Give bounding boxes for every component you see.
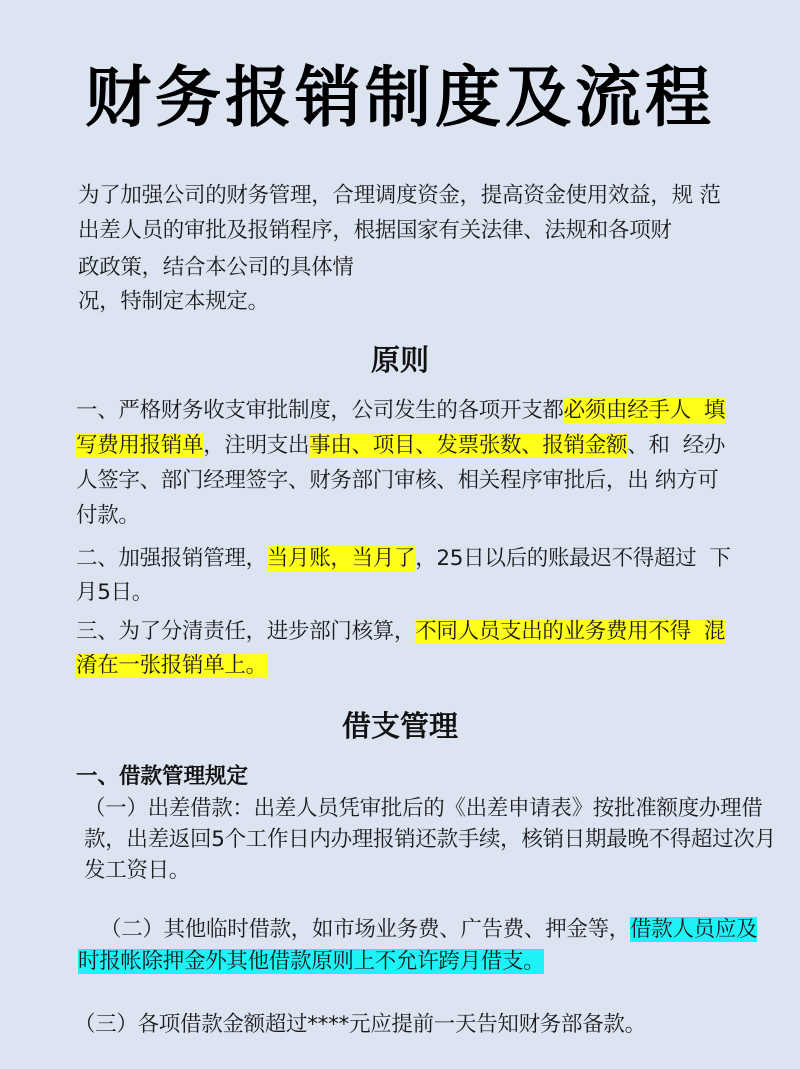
highlighted-text: 当月账，当月了 — [267, 546, 415, 571]
paragraph-line: （二）其他临时借款，如市场业务费、广告费、押金等，借款人员应及 — [100, 915, 757, 945]
intro-line: 为了加强公司的财务管理，合理调度资金，提高资金使用效益，规 范 — [78, 181, 721, 211]
text-segment: 一、严格财务收支审批制度，公司发生的各项开支都 — [76, 398, 564, 423]
text-segment: 二、加强报销管理， — [76, 546, 267, 571]
section-heading-principles: 原则 — [0, 342, 800, 378]
paragraph-line: 月5日。 — [76, 578, 153, 608]
intro-line: 政政策，结合本公司的具体情 — [78, 253, 354, 283]
highlighted-text: 借款人员应及 — [630, 917, 757, 942]
highlighted-text: 时报帐除押金外其他借款原则上不允许跨月借支。 — [78, 949, 544, 974]
highlighted-text: 淆在一张报销单上。 — [76, 653, 267, 678]
highlighted-text: 事由、项目、发票张数、报销金额 — [309, 433, 627, 458]
paragraph-line: 一、严格财务收支审批制度，公司发生的各项开支都必须由经手人 填 — [76, 396, 725, 426]
text-segment: 三、为了分清责任，进步部门核算， — [76, 619, 415, 644]
intro-line: 出差人员的审批及报销程序，根据国家有关法律、法规和各项财 — [78, 216, 672, 246]
intro-line: 况，特制定本规定。 — [78, 287, 269, 317]
text-segment: ，25日以后的账最迟不得超过 下 — [415, 546, 730, 571]
paragraph-line: 人签字、部门经理签字、财务部门审核、相关程序审批后，出 纳方可 — [76, 466, 719, 496]
paragraph-line: 发工资日。 — [84, 856, 190, 886]
paragraph-line: 款，出差返回5个工作日内办理报销还款手续，核销日期最晚不得超过次月 — [84, 825, 776, 855]
paragraph-line: 淆在一张报销单上。 — [76, 651, 267, 681]
paragraph-line: 二、加强报销管理，当月账，当月了，25日以后的账最迟不得超过 下 — [76, 544, 731, 574]
highlighted-text: 写费用报销单 — [76, 433, 203, 458]
text-segment: 、和 经办 — [627, 433, 725, 458]
paragraph-line: （一）出差借款：出差人员凭审批后的《出差申请表》按批准额度办理借 — [84, 794, 762, 824]
paragraph-line: 三、为了分清责任，进步部门核算，不同人员支出的业务费用不得 混 — [76, 617, 725, 647]
subheading-loan-rules: 一、借款管理规定 — [76, 762, 248, 792]
paragraph-line: （三）各项借款金额超过****元应提前一天告知财务部备款。 — [74, 1010, 646, 1040]
paragraph-line: 写费用报销单，注明支出事由、项目、发票张数、报销金额、和 经办 — [76, 431, 725, 461]
text-segment: ，注明支出 — [203, 433, 309, 458]
text-segment: （二）其他临时借款，如市场业务费、广告费、押金等， — [100, 917, 630, 942]
highlighted-text: 必须由经手人 填 — [564, 398, 725, 423]
section-heading-loan-management: 借支管理 — [0, 708, 800, 744]
paragraph-line: 时报帐除押金外其他借款原则上不允许跨月借支。 — [78, 947, 544, 977]
highlighted-text: 不同人员支出的业务费用不得 混 — [415, 619, 725, 644]
page-title: 财务报销制度及流程 — [0, 58, 800, 138]
paragraph-line: 付款。 — [76, 501, 140, 531]
